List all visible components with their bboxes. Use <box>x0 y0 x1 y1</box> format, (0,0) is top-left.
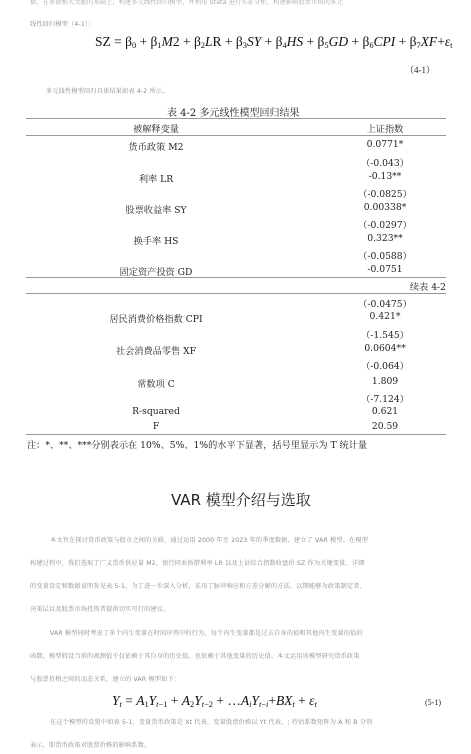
row-tstat-m2: （-0.043） <box>330 155 440 169</box>
para2-line2: 函数。模型假设当前的观测值不仅依赖于其自身的历史值，也依赖于其他变量的历史值。本… <box>30 651 360 660</box>
row-tstat-xf: （-0.064） <box>330 358 440 372</box>
table-caption: 表 4-2 多元线性模型回归结果 <box>167 104 299 119</box>
table-bottom-rule <box>26 434 446 435</box>
row-label-lr: 利率 LR <box>26 171 286 185</box>
row-tstat-constant: （-7.124） <box>330 391 440 405</box>
row-tstat-sy: （-0.0297） <box>330 217 440 231</box>
section-title: VAR 模型介绍与选取 <box>171 489 311 510</box>
table-top-rule <box>26 118 446 119</box>
table-continued-label: 续表 4-2 <box>400 279 446 293</box>
row-coef-sy: 0.00338* <box>330 202 440 213</box>
equation-number-5-1: (5-1) <box>425 698 441 707</box>
table-header-rule <box>26 135 446 136</box>
table-note: 注：*、**、***分别表示在 10%、5%、1%的水平下显著，括号里显示为 T… <box>27 437 367 451</box>
row-coef-cpi: 0.421* <box>330 311 440 322</box>
table-continued-rule <box>26 293 446 294</box>
para2-line3: 与股票价格之间的动态关系，建立的 VAR 模型如下： <box>30 674 180 683</box>
table-header-sse-index: 上证指数 <box>330 121 440 135</box>
equation-5-1: Yt = A1Yt−1 + A2Yt−2 + …AiYt−i+BXt + εt <box>112 693 317 709</box>
para2-line1: VAR 模型同时考虑了多个内生变量在时间序列中的行为，每个内生变量都是过去自身的… <box>50 628 363 637</box>
table-intro-text: 多元线性模型回归具体结果如表 4-2 所示。 <box>46 86 169 95</box>
row-label-constant: 常数项 C <box>26 376 286 390</box>
row-coef-lr: -0.13** <box>330 171 440 182</box>
row-coef-constant: 1.809 <box>330 376 440 387</box>
row-coef-m2: 0.0771* <box>330 139 440 150</box>
para1-line3: 的变量设定和数据说明参见表 5-1。为了进一步深入分析，采用了脉冲响应和方差分解… <box>30 581 366 590</box>
row-value-r-squared: 0.621 <box>330 406 440 417</box>
row-tstat-lr: （-0.0825） <box>330 186 440 200</box>
row-label-m2: 货币政策 M2 <box>26 139 286 153</box>
row-coef-gd: -0.0751 <box>330 264 440 275</box>
row-label-hs: 换手率 HS <box>26 233 286 247</box>
paragraph-cut-line: 数，在参阅相关文献的基础上，构建多元线性回归模型，并利用 Stata 进行实证分… <box>30 0 343 6</box>
para1-line4: 决策层以及股票市场投资者提供切实可行的建议。 <box>30 604 169 613</box>
para3-line2: 表示，即货币政策对股票价格的影响系数。 <box>30 740 150 749</box>
row-value-f: 20.59 <box>330 421 440 432</box>
para1-line1: 本文旨在探讨货币政策与股市之间的关联，通过运用 2000 年至 2023 年的季… <box>50 535 368 544</box>
row-label-gd: 固定资产投资 GD <box>26 264 286 278</box>
row-tstat-cpi: （-1.545） <box>330 327 440 341</box>
row-coef-hs: 0.323** <box>330 233 440 244</box>
equation-number-4-1: （4-1） <box>405 63 435 76</box>
row-label-cpi: 居民消费价格指数 CPI <box>26 311 286 325</box>
row-tstat-hs: （-0.0588） <box>330 248 440 262</box>
row-tstat-gd: （-0.0475） <box>330 296 440 310</box>
row-label-sy: 股票收益率 SY <box>26 202 286 216</box>
para3-line1: 在这个模型的设置中如表 5-1，变量货币政策是 Xt 代表，变量股票价格以 Yt… <box>50 717 372 726</box>
row-label-xf: 社会消费品零售 XF <box>26 343 286 357</box>
equation-4-1: SZ = β0 + β1M2 + β2LR + β3SY + β4HS + β5… <box>95 34 452 50</box>
table-page-break-rule <box>26 277 446 278</box>
row-coef-xf: 0.0604** <box>330 343 440 354</box>
row-label-f: F <box>26 421 286 432</box>
paragraph-equation-intro: 线性回归模型（4-1）： <box>30 19 95 28</box>
row-label-r-squared: R-squared <box>26 406 286 417</box>
para1-line2: 构建过程中，我们选取了广义货币供应量 M2、银行同业拆借利率 LR 以及上证综合… <box>30 558 365 567</box>
table-header-dependent-variable: 被解释变量 <box>26 121 286 135</box>
